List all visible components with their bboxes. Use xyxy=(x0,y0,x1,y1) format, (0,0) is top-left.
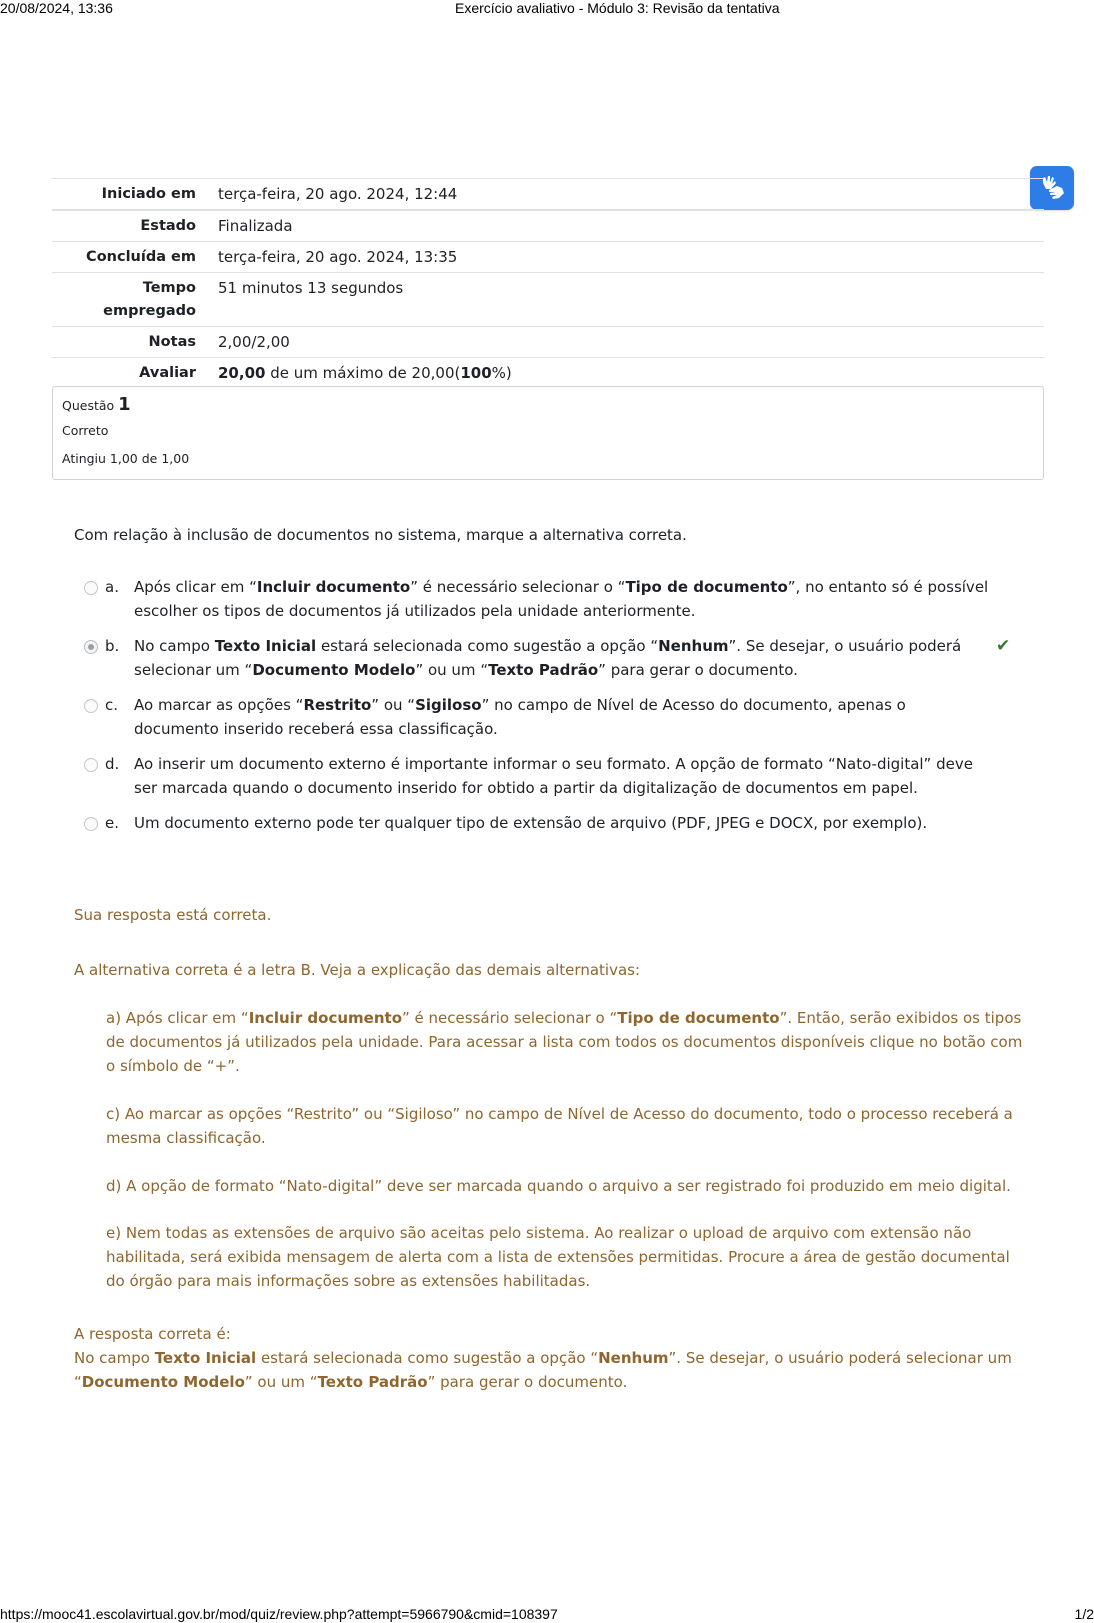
question-number-value: 1 xyxy=(118,394,131,415)
summary-label: Iniciado em xyxy=(52,179,212,211)
attempt-summary-table: Iniciado em terça-feira, 20 ago. 2024, 1… xyxy=(52,178,1044,388)
summary-value: 20,00 de um máximo de 20,00(100%) xyxy=(212,358,1044,389)
question-state: Correto xyxy=(62,423,1034,439)
print-datetime: 20/08/2024, 13:36 xyxy=(0,0,113,16)
answer-option-e[interactable]: e. Um documento externo pode ter qualque… xyxy=(84,811,1024,835)
grade-score: 20,00 xyxy=(218,364,265,382)
summary-row-started: Iniciado em terça-feira, 20 ago. 2024, 1… xyxy=(52,179,1044,211)
right-answer-label: A resposta correta é: xyxy=(74,1322,1024,1346)
summary-label: Avaliar xyxy=(52,358,212,389)
answer-option-a[interactable]: a. Após clicar em “Incluir documento” é … xyxy=(84,575,1024,623)
summary-label: Estado xyxy=(52,210,212,242)
right-answer-text: No campo Texto Inicial estará selecionad… xyxy=(74,1346,1024,1394)
answer-text: Ao inserir um documento externo é import… xyxy=(134,752,992,800)
print-page-title: Exercício avaliativo - Módulo 3: Revisão… xyxy=(455,0,780,16)
feedback-explain-d: d) A opção de formato “Nato-digital” dev… xyxy=(74,1174,1024,1198)
feedback-intro: A alternativa correta é a letra B. Veja … xyxy=(74,958,1024,982)
summary-row-grade: Avaliar 20,00 de um máximo de 20,00(100%… xyxy=(52,358,1044,389)
feedback-explain-e: e) Nem todas as extensões de arquivo são… xyxy=(74,1221,1024,1293)
question-prefix: Questão xyxy=(62,398,114,413)
grade-text: de um máximo de 20,00( xyxy=(265,364,460,382)
summary-label-line: empregado xyxy=(103,303,196,319)
answer-option-b[interactable]: b. No campo Texto Inicial estará selecio… xyxy=(84,634,1024,682)
print-url: https://mooc41.escolavirtual.gov.br/mod/… xyxy=(0,1606,558,1622)
answer-letter: c. xyxy=(105,693,118,717)
radio-button[interactable] xyxy=(84,581,98,595)
feedback-explain-a: a) Após clicar em “Incluir documento” é … xyxy=(74,1006,1024,1078)
summary-label-line: Tempo xyxy=(143,280,196,296)
answer-text: Ao marcar as opções “Restrito” ou “Sigil… xyxy=(134,693,992,741)
radio-button[interactable] xyxy=(84,758,98,772)
feedback-status: Sua resposta está correta. xyxy=(74,903,1024,927)
answer-text: Após clicar em “Incluir documento” é nec… xyxy=(134,575,992,623)
answer-text: No campo Texto Inicial estará selecionad… xyxy=(134,634,992,682)
answer-text: Um documento externo pode ter qualquer t… xyxy=(134,811,992,835)
question-text: Com relação à inclusão de documentos no … xyxy=(74,524,687,546)
grade-percent: 100 xyxy=(460,364,491,382)
summary-label: Tempo empregado xyxy=(52,273,212,327)
radio-button[interactable] xyxy=(84,817,98,831)
summary-label: Concluída em xyxy=(52,242,212,273)
answer-option-c[interactable]: c. Ao marcar as opções “Restrito” ou “Si… xyxy=(84,693,1024,741)
summary-value: terça-feira, 20 ago. 2024, 13:35 xyxy=(212,242,1044,273)
summary-value: 51 minutos 13 segundos xyxy=(212,273,1044,327)
summary-value: 2,00/2,00 xyxy=(212,327,1044,358)
print-header: 20/08/2024, 13:36 Exercício avaliativo -… xyxy=(0,0,1094,16)
summary-row-marks: Notas 2,00/2,00 xyxy=(52,327,1044,358)
radio-button-selected[interactable] xyxy=(84,640,98,654)
answer-letter: a. xyxy=(105,575,119,599)
print-footer: https://mooc41.escolavirtual.gov.br/mod/… xyxy=(0,1606,1094,1622)
radio-button[interactable] xyxy=(84,699,98,713)
summary-value: Finalizada xyxy=(212,210,1044,242)
question-number: Questão 1 xyxy=(62,395,1034,416)
answer-letter: d. xyxy=(105,752,119,776)
feedback-explain-c: c) Ao marcar as opções “Restrito” ou “Si… xyxy=(74,1102,1024,1150)
question-grade: Atingiu 1,00 de 1,00 xyxy=(62,451,1034,467)
summary-row-state: Estado Finalizada xyxy=(52,210,1044,242)
summary-value: terça-feira, 20 ago. 2024, 12:44 xyxy=(212,179,1044,211)
answer-letter: e. xyxy=(105,811,119,835)
answer-options: a. Após clicar em “Incluir documento” é … xyxy=(84,575,1024,835)
print-page-number: 1/2 xyxy=(1075,1606,1094,1622)
answer-letter: b. xyxy=(105,634,119,658)
answer-option-d[interactable]: d. Ao inserir um documento externo é imp… xyxy=(84,752,1024,800)
summary-row-completed: Concluída em terça-feira, 20 ago. 2024, … xyxy=(52,242,1044,273)
grade-text-end: %) xyxy=(492,364,512,382)
correct-check-icon: ✔ xyxy=(996,634,1010,658)
summary-label: Notas xyxy=(52,327,212,358)
summary-row-time-taken: Tempo empregado 51 minutos 13 segundos xyxy=(52,273,1044,327)
question-info-box: Questão 1 Correto Atingiu 1,00 de 1,00 xyxy=(52,386,1044,480)
